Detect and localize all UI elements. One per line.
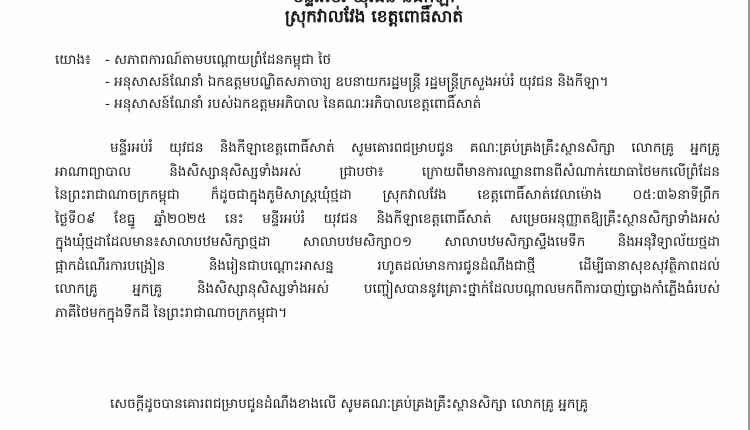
reference-row: - អនុសាសន៍ណែនាំ ឯកឧត្តមបណ្ឌិតសភាចារ្យ ឧប…: [55, 71, 735, 93]
paragraph-line: ផ្អាកដំណើរការបង្រៀន និងរៀនជាបណ្តោះអាសន្ន…: [55, 255, 720, 279]
body-paragraph-2: សេចក្តីដូចបានគោរពជម្រាបជូនដំណឹងខាងលើ សូម…: [55, 393, 720, 417]
paragraph-line: អាណាព្យាបាល និងសិស្សានុសិស្សទាំងអស់ ជ្រា…: [55, 161, 720, 185]
paragraph-line: ថ្ងៃទី០៩ ខែធ្នូ ឆ្នាំ២០២៥ នេះ មន្ទីរអប់រ…: [55, 208, 720, 232]
paragraph-line: សេចក្តីដូចបានគោរពជម្រាបជូនដំណឹងខាងលើ សូម…: [55, 393, 720, 417]
reference-label: យោង៖: [55, 49, 105, 71]
paragraph-line: ភាគីថៃមកក្នុងទឹកដី នៃព្រះរាជាណាចក្រកម្ពុ…: [55, 302, 720, 326]
document-page: មន្ទីរអប់រំ យុវជន និងកីឡា ស្រុកវាលវែង ខេ…: [0, 0, 750, 430]
reference-item: - សភាពការណ៍តាមបណ្តោយព្រំដែនកម្ពុជា ថៃ: [105, 49, 735, 71]
paragraph-line: លោកគ្រូ អ្នកគ្រូ និងសិស្សានុសិស្សទាំងអស់…: [55, 278, 720, 302]
reference-item: - អនុសាសន៍ណែនាំ របស់ឯកឧត្តមអភិបាល នៃគណៈអ…: [105, 93, 735, 115]
body-paragraph-1: មន្ទីរអប់រំ យុវជន និងកីឡាខេត្តពោធិ៍សាត់ …: [55, 137, 720, 325]
document-subtitle: ស្រុកវាលវែង ខេត្តពោធិ៍សាត់: [0, 6, 748, 31]
paragraph-line: នៃព្រះរាជាណាចក្រកម្ពុជា ក៏ដូចជាក្នុងភូមិ…: [55, 184, 720, 208]
reference-row: យោង៖ - សភាពការណ៍តាមបណ្តោយព្រំដែនកម្ពុជា …: [55, 49, 735, 71]
paragraph-line: មន្ទីរអប់រំ យុវជន និងកីឡាខេត្តពោធិ៍សាត់ …: [55, 137, 720, 161]
paragraph-line: ក្នុងឃុំថ្មដាដែលមាន៖សាលាបឋមសិក្សាថ្មដា ស…: [55, 231, 720, 255]
reference-section: យោង៖ - សភាពការណ៍តាមបណ្តោយព្រំដែនកម្ពុជា …: [55, 49, 735, 115]
reference-row: - អនុសាសន៍ណែនាំ របស់ឯកឧត្តមអភិបាល នៃគណៈអ…: [55, 93, 735, 115]
reference-item: - អនុសាសន៍ណែនាំ ឯកឧត្តមបណ្ឌិតសភាចារ្យ ឧប…: [105, 71, 735, 93]
